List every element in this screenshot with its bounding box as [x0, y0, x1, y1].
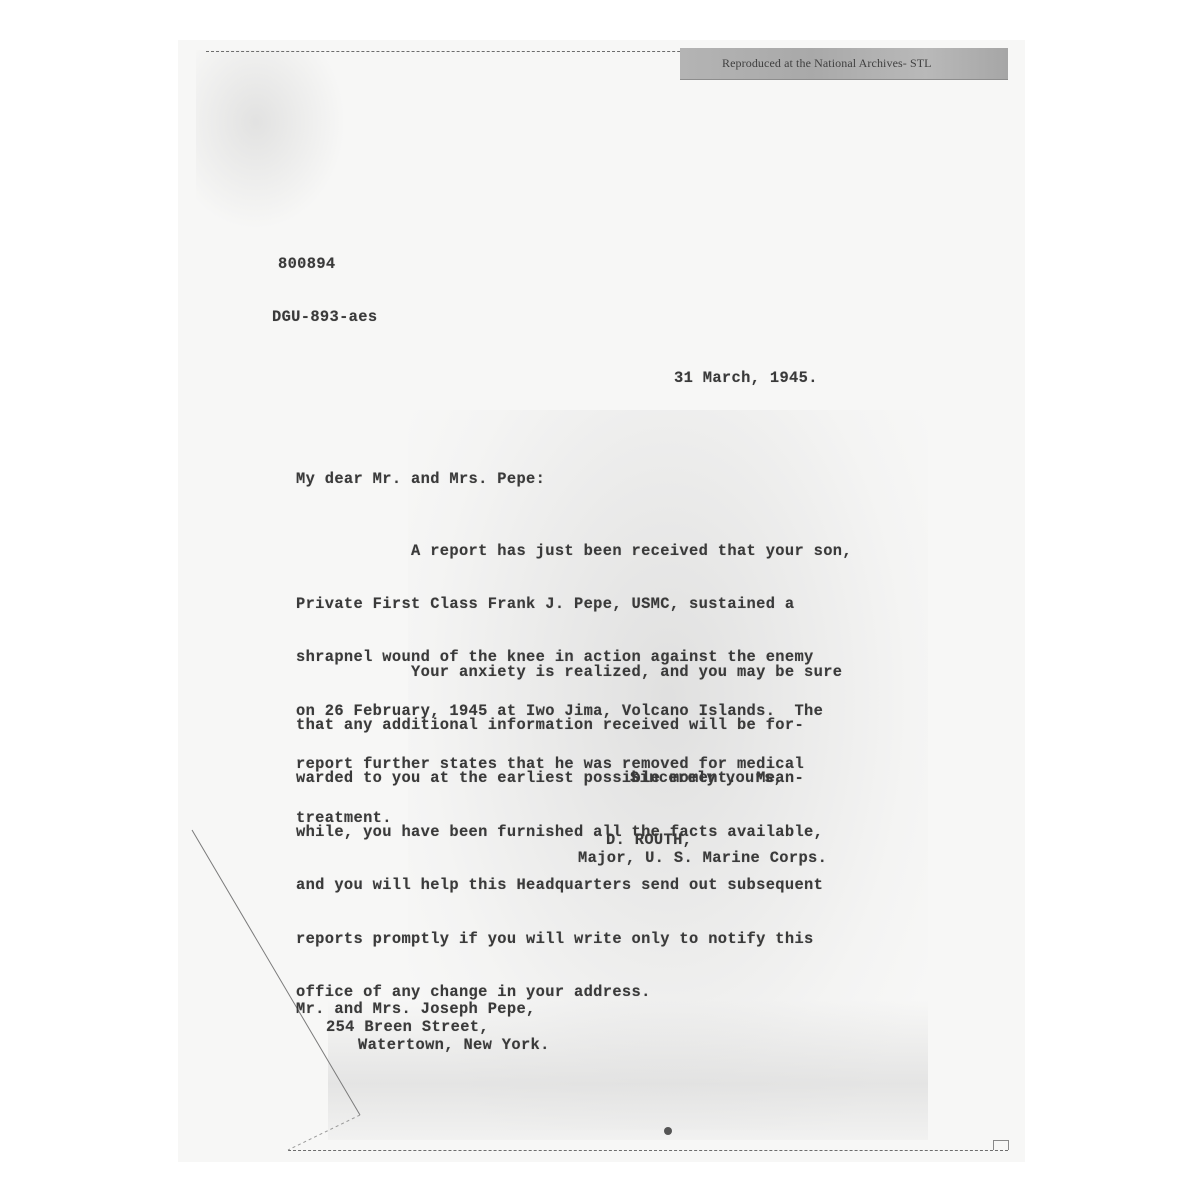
file-number: 800894 [278, 256, 377, 274]
archive-stamp-banner: Reproduced at the National Archives- STL [680, 48, 1008, 80]
body-line: A report has just been received that you… [296, 543, 852, 561]
photocopy-shading [196, 50, 346, 230]
signature-title: Major, U. S. Marine Corps. [578, 850, 827, 868]
body-line: reports promptly if you will write only … [296, 931, 842, 949]
body-line: Your anxiety is realized, and you may be… [296, 664, 842, 682]
letter-date: 31 March, 1945. [674, 370, 818, 388]
body-line: and you will help this Headquarters send… [296, 877, 842, 895]
body-paragraph-2: Your anxiety is realized, and you may be… [296, 628, 842, 1037]
signature-name: D. ROUTH, [606, 832, 692, 850]
document-canvas: Reproduced at the National Archives- STL… [0, 0, 1200, 1200]
salutation: My dear Mr. and Mrs. Pepe: [296, 471, 545, 489]
reference-code: DGU-893-aes [272, 309, 377, 327]
closing: Sincerely yours, [630, 770, 783, 788]
body-line: that any additional information received… [296, 717, 842, 735]
file-reference-block: 800894 DGU-893-aes [278, 220, 377, 362]
punch-hole-mark [664, 1127, 672, 1135]
page-bottom-edge-line [288, 1150, 1008, 1151]
recipient-address-line-1: Mr. and Mrs. Joseph Pepe, [296, 1001, 536, 1019]
archive-stamp-text: Reproduced at the National Archives- STL [722, 56, 932, 71]
recipient-address-line-2: 254 Breen Street, [326, 1019, 489, 1037]
body-line: while, you have been furnished all the f… [296, 824, 842, 842]
recipient-address-line-3: Watertown, New York. [358, 1037, 550, 1055]
body-line: Private First Class Frank J. Pepe, USMC,… [296, 596, 852, 614]
letter-page: Reproduced at the National Archives- STL… [178, 40, 1025, 1162]
corner-mark [993, 1140, 1009, 1150]
